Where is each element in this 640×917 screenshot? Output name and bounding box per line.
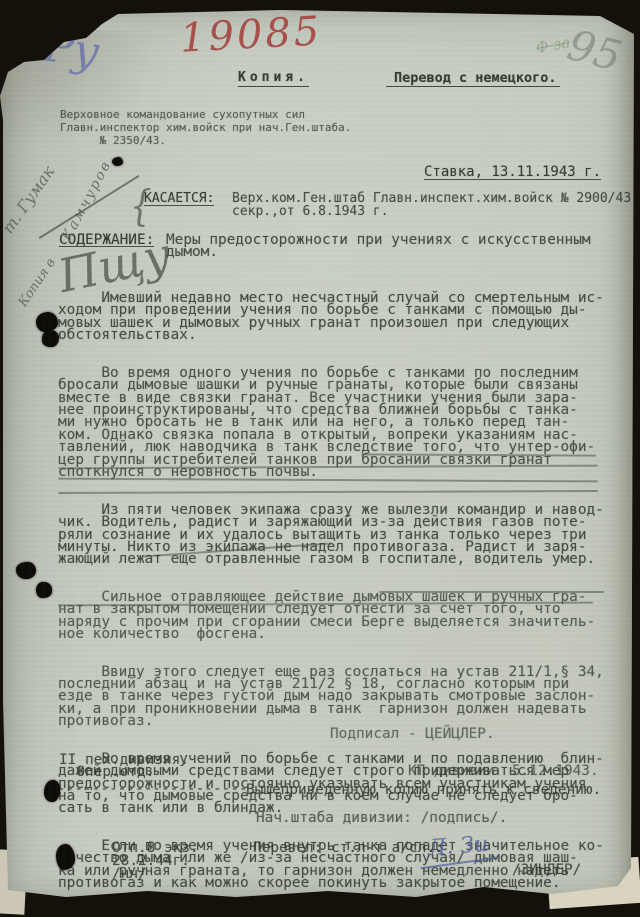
ink-blob (42, 330, 59, 347)
ink-blob (36, 582, 52, 598)
ink-blob (44, 780, 60, 802)
copies-block: Отп.8 экз. 28.2.44г. /нч/ (112, 842, 199, 881)
paper-sheet: 19085 Ру 95 Ф за Копия. Перевод с немецк… (0, 0, 640, 917)
translator-signature: Л. Зи (427, 832, 489, 861)
margin-note-2: Камчуров (59, 158, 115, 244)
margin-brace: { (130, 181, 152, 231)
separator-dashes: ---------------------- (57, 783, 248, 795)
margin-note-1: т. Гумак (0, 163, 58, 237)
handwritten-red-number: 19085 (179, 8, 323, 61)
translated-by-line: Перевел: ст.л-т а/сл.: (253, 842, 444, 854)
re-text: Верх.ком.Ген.штаб Главн.инспект.хим.войс… (232, 193, 631, 218)
translation-label: Перевод с немецкого. (386, 72, 560, 87)
translator-name-line: /ЗИНДЕР/ (512, 864, 581, 876)
place-date-line: Ставка, 13.11.1943 г. (424, 166, 601, 180)
body-paragraph: Ввиду этого следует еще раз сослаться на… (58, 666, 620, 728)
pencil-underline (379, 591, 604, 593)
chief-of-staff-line: Нач.штаба дивизии: /подпись/. (256, 812, 507, 824)
signed-line: Подписал - ЦЕЙЦЛЕР. (330, 728, 495, 740)
ink-blob (36, 312, 58, 332)
ink-blob (112, 157, 123, 166)
body-paragraph: Во время одного учения по борьбе с танка… (58, 367, 620, 479)
division-block: II пех.дивизия. Опер.отд. (59, 754, 189, 779)
body-paragraph: Имевший недавно место несчастный случай … (58, 292, 620, 342)
body-paragraph: Сильное отравляющее действие дымовых шаш… (58, 591, 620, 641)
ink-blob (16, 562, 36, 579)
letterhead: Верховное командование сухопутных сил Гл… (60, 109, 351, 147)
subject-text: Меры предосторожности при учениях с иску… (166, 234, 591, 259)
copy-label: Копия. (238, 72, 309, 87)
ink-blob (56, 844, 75, 870)
acknowledgement-line: Вышеприведенную копию принять к сведению… (246, 784, 601, 796)
re-label: КАСАЕТСЯ: (144, 193, 214, 206)
kp-date-line: КП дивизии 5.12.1943. (408, 765, 599, 777)
scanned-document: 19085 Ру 95 Ф за Копия. Перевод с немецк… (0, 0, 640, 917)
margin-note-3: Копия в (16, 256, 59, 310)
handwritten-blue-mark: Ру (41, 20, 103, 78)
handwritten-page-number: 95 (563, 20, 627, 81)
